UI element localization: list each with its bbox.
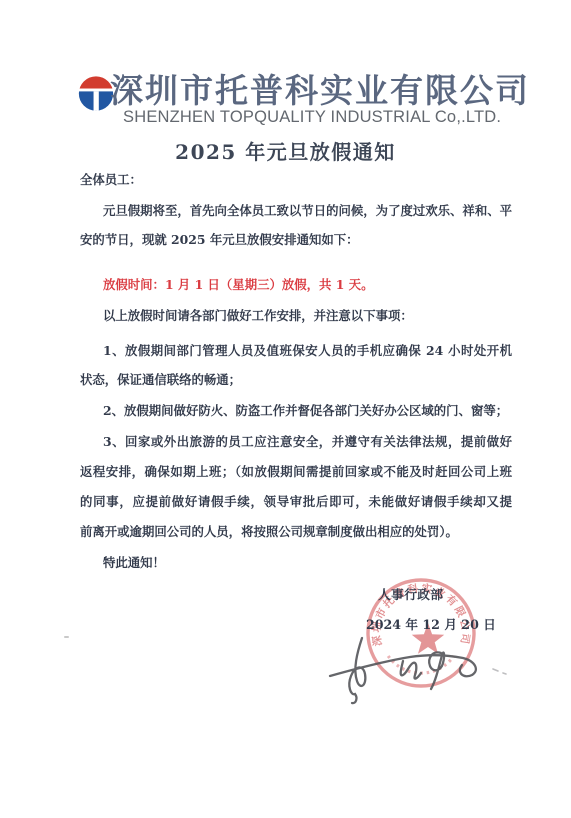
- item3-line: 返程安排，确保如期上班；（如放假期间需提前回家或不能及时赶回公司上班: [80, 463, 512, 481]
- holiday-time-line: 放假时间：1 月 1 日（星期三）放假，共 1 天。: [103, 276, 512, 294]
- item3-line: 的同事，应提前做好请假手续，领导审批后即可，未能做好请假手续却又提: [80, 493, 512, 511]
- handwritten-signature: [315, 625, 530, 725]
- scan-artifact: [64, 636, 69, 638]
- notice-intro-line: 以上放假时间请各部门做好工作安排，并注意以下事项：: [103, 307, 512, 325]
- item3-line: 前离开或逾期回公司的人员，将按照公司规章制度做出相应的处罚）。: [80, 523, 512, 541]
- company-name-english: SHENZHEN TOPQUALITY INDUSTRIAL Co,.LTD.: [123, 108, 543, 127]
- item3-line: 3、回家或外出旅游的员工应注意安全，并遵守有关法律法规，提前做好: [103, 433, 512, 451]
- salutation: 全体员工：: [80, 171, 512, 189]
- item1-line: 1、放假期间部门管理人员及值班保安人员的手机应确保 24 小时处开机: [103, 342, 512, 360]
- paragraph-line: 安的节日，现就 2025 年元旦放假安排通知如下：: [80, 231, 512, 249]
- closing-line: 特此通知！: [103, 554, 512, 572]
- notice-document: 深圳市托普科实业有限公司 SHENZHEN TOPQUALITY INDUSTR…: [0, 0, 571, 818]
- paragraph-line: 元旦假期将至，首先向全体员工致以节日的问候，为了度过欢乐、祥和、平: [103, 202, 512, 220]
- signoff-department: 人事行政部: [378, 584, 443, 603]
- item2-line: 2、放假期间做好防火、防盗工作并督促各部门关好办公区域的门、窗等；: [103, 402, 512, 420]
- company-logo-icon: [78, 76, 114, 111]
- document-title: 2025 年元旦放假通知: [0, 136, 571, 165]
- item1-line: 状态，保证通信联络的畅通；: [80, 371, 512, 389]
- company-name-chinese: 深圳市托普科实业有限公司: [110, 71, 510, 111]
